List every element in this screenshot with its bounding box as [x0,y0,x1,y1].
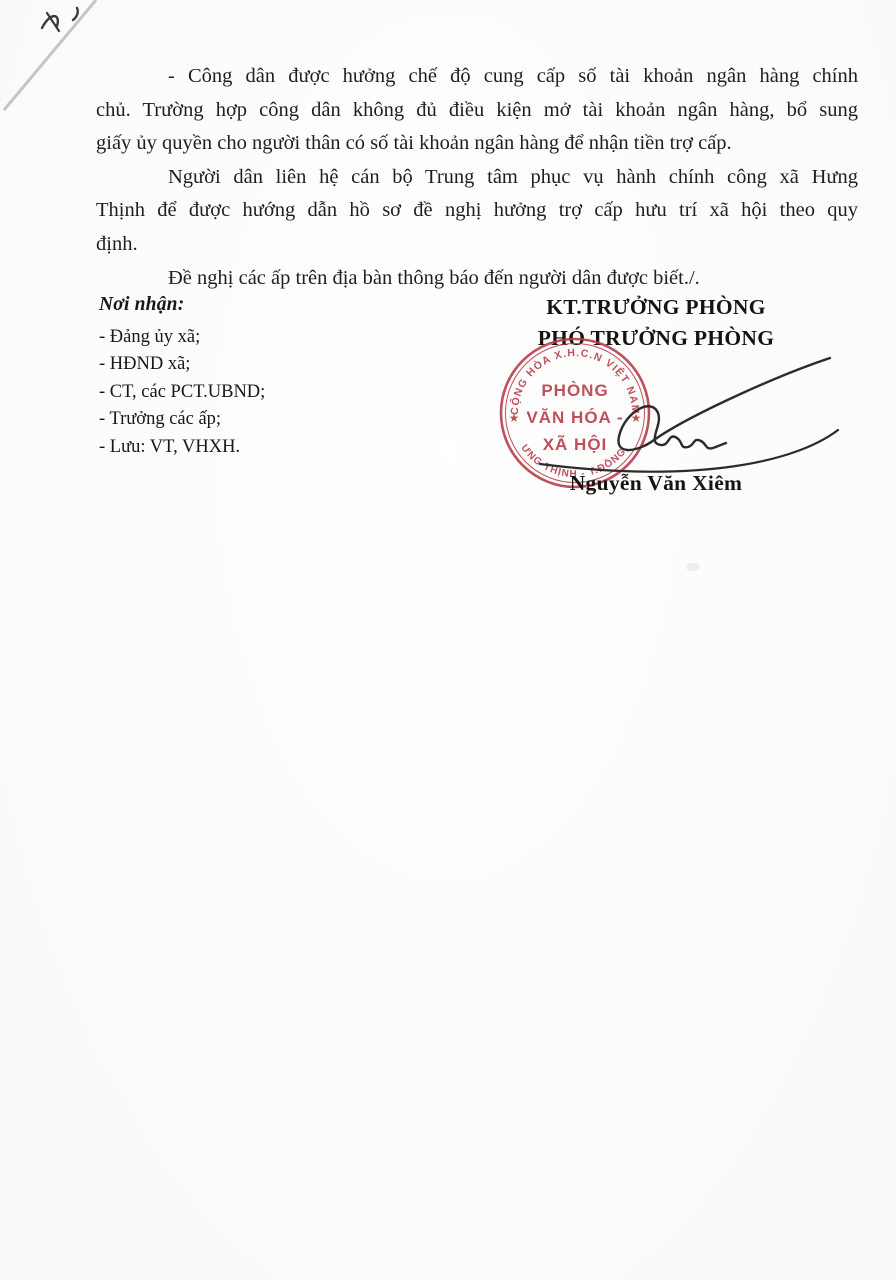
scan-smudge [686,563,700,571]
body-line: giấy ủy quyền cho người thân có số tài k… [96,127,858,161]
comma-mark [73,8,78,20]
recipient-item: - CT, các PCT.UBND; [99,379,399,406]
document-body: - Công dân được hưởng chế độ cung cấp số… [96,60,858,295]
body-line: - Công dân được hưởng chế độ cung cấp số… [96,60,858,94]
signer-name: Nguyễn Văn Xiêm [498,471,814,496]
recipient-item: - Lưu: VT, VHXH. [99,434,399,461]
recipients-header: Nơi nhận: [99,294,399,316]
signature-underline [540,430,838,472]
body-line: Đề nghị các ấp trên địa bàn thông báo đế… [96,262,858,296]
document-page: - Công dân được hưởng chế độ cung cấp số… [0,0,896,1280]
recipient-item: - Đảng ủy xã; [99,324,399,351]
body-line: Thịnh để được hướng dẫn hồ sơ đề nghị hư… [96,194,858,228]
recipient-item: - Trưởng các ấp; [99,406,399,433]
body-line: định. [96,228,858,262]
recipients-block: Nơi nhận: - Đảng ủy xã; - HĐND xã; - CT,… [99,294,399,461]
handwritten-signature [528,334,850,486]
body-line: Người dân liên hệ cán bộ Trung tâm phục … [96,161,858,195]
signature-flourish [619,358,830,450]
recipient-item: - HĐND xã; [99,351,399,378]
signer-title-line1: KT.TRƯỞNG PHÒNG [498,292,814,323]
star-icon: ★ [509,411,520,425]
body-line: chủ. Trường hợp công dân không đủ điều k… [96,94,858,128]
